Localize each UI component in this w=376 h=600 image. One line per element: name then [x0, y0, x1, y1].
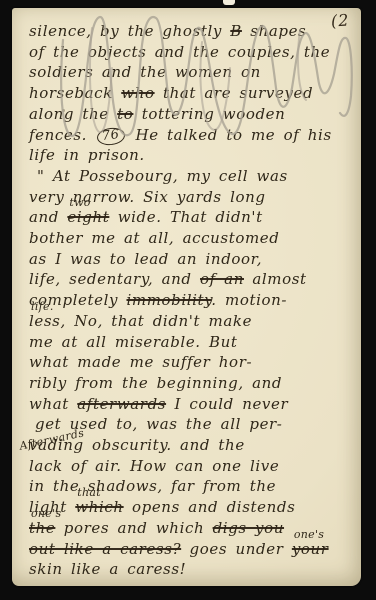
struck-text: the: [29, 519, 55, 537]
handwritten-text: very narrow. Six yards long: [29, 188, 266, 206]
handwritten-text: shapes: [242, 22, 306, 40]
handwritten-text: No, that didn't make: [66, 312, 252, 330]
photo-background: (2 Afterwards silence, by the ghostly B …: [0, 0, 376, 600]
manuscript-line: bother me at all, accustomed: [29, 228, 356, 249]
handwritten-text: He talked to me of his: [127, 126, 332, 144]
manuscript-page: (2 Afterwards silence, by the ghostly B …: [12, 8, 361, 586]
handwritten-text: less,: [29, 312, 66, 330]
manuscript-line: silence, by the ghostly B shapes: [29, 21, 356, 42]
manuscript-text: silence, by the ghostly B shapesof the o…: [29, 21, 356, 580]
handwritten-text: almost: [244, 270, 307, 288]
handwritten-text: me at all miserable. But: [29, 333, 238, 351]
handwritten-text: what made me suffer hor-: [29, 353, 252, 371]
inserted-word-stack: twoeight: [67, 207, 109, 228]
handwritten-text: tottering wooden: [133, 105, 285, 123]
handwritten-text: I could never: [166, 395, 288, 413]
handwritten-text: wide. That didn't: [109, 208, 262, 226]
circled-number: 76: [96, 126, 126, 146]
handwritten-text: skin like a caress!: [29, 560, 186, 578]
struck-text: eight: [67, 208, 109, 226]
struck-text: which: [75, 498, 123, 516]
handwritten-text: . motion-: [211, 291, 287, 309]
handwritten-text: silence, by the ghostly: [29, 22, 230, 40]
handwritten-text: and: [29, 208, 67, 226]
inserted-word-stack: one'sthe: [29, 518, 55, 539]
manuscript-line: out like a caress? goes under one'syour: [29, 539, 356, 560]
manuscript-line: along the to tottering wooden: [29, 104, 356, 125]
handwritten-text: bother me at all, accustomed: [29, 229, 279, 247]
paper-speck: [62, 109, 65, 112]
handwritten-text: vading obscurity. and the: [29, 436, 245, 454]
manuscript-line: completely immobility. motion-: [29, 290, 356, 311]
manuscript-line: soldiers and the women on: [29, 62, 356, 83]
struck-text: digs you: [213, 519, 284, 537]
struck-text: who: [121, 84, 154, 102]
manuscript-line: get used to, was the all per-: [29, 414, 356, 435]
inserted-word: that: [77, 487, 101, 498]
inserted-word-stack: one'syour: [292, 539, 329, 560]
manuscript-line: as I was to lead an indoor,: [29, 249, 356, 270]
struck-text: afterwards: [77, 395, 166, 413]
manuscript-line: vading obscurity. and the: [29, 435, 356, 456]
handwritten-text: goes under: [181, 540, 292, 558]
manuscript-line: skin like a caress!: [29, 559, 356, 580]
inserted-word-stack: thatwhich: [75, 497, 123, 518]
manuscript-line: ribly from the beginning, and: [29, 373, 356, 394]
manuscript-line: life.less, No, that didn't make: [29, 311, 356, 332]
photo-artifact: [223, 0, 235, 5]
manuscript-line: horseback who that are surveyed: [29, 83, 356, 104]
struck-text: your: [292, 540, 329, 558]
struck-text: out like a caress?: [29, 540, 181, 558]
handwritten-text: " At Possebourg, my cell was: [37, 167, 288, 185]
handwritten-text: as I was to lead an indoor,: [29, 250, 262, 268]
manuscript-line: what made me suffer hor-: [29, 352, 356, 373]
manuscript-line: lack of air. How can one live: [29, 456, 356, 477]
inserted-word-stack: life.less,: [29, 311, 66, 332]
manuscript-line: and twoeight wide. That didn't: [29, 207, 356, 228]
handwritten-text: get used to, was the all per-: [35, 415, 282, 433]
manuscript-line: light thatwhich opens and distends: [29, 497, 356, 518]
manuscript-line: life in prison.: [29, 145, 356, 166]
manuscript-line: " At Possebourg, my cell was: [29, 166, 356, 187]
struck-text: to: [117, 105, 133, 123]
handwritten-text: that are surveyed: [155, 84, 314, 102]
handwritten-text: opens and distends: [124, 498, 296, 516]
handwritten-text: of the objects and the couples, the: [29, 43, 330, 61]
handwritten-text: lack of air. How can one live: [29, 457, 279, 475]
inserted-word: one's: [294, 529, 324, 540]
handwritten-text: pores and which: [55, 519, 212, 537]
manuscript-line: me at all miserable. But: [29, 332, 356, 353]
handwritten-text: life, sedentary, and: [29, 270, 200, 288]
handwritten-text: in the shadows, far from the: [29, 477, 276, 495]
handwritten-text: along the: [29, 105, 117, 123]
inserted-word: life.: [31, 301, 54, 312]
handwritten-text: horseback: [29, 84, 121, 102]
handwritten-text: soldiers and the women on: [29, 63, 261, 81]
struck-text: immobility: [126, 291, 211, 309]
manuscript-line: life, sedentary, and of an almost: [29, 269, 356, 290]
handwritten-text: ribly from the beginning, and: [29, 374, 282, 392]
handwritten-text: what: [29, 395, 77, 413]
handwritten-text: life in prison.: [29, 146, 145, 164]
manuscript-line: of the objects and the couples, the: [29, 42, 356, 63]
struck-text: B: [230, 22, 242, 40]
inserted-word: two: [69, 197, 90, 208]
handwritten-text: fences.: [29, 126, 95, 144]
struck-text: of an: [200, 270, 244, 288]
inserted-word: one's: [31, 508, 61, 519]
manuscript-line: fences. 76 He talked to me of his: [29, 125, 356, 146]
manuscript-line: what afterwards I could never: [29, 394, 356, 415]
